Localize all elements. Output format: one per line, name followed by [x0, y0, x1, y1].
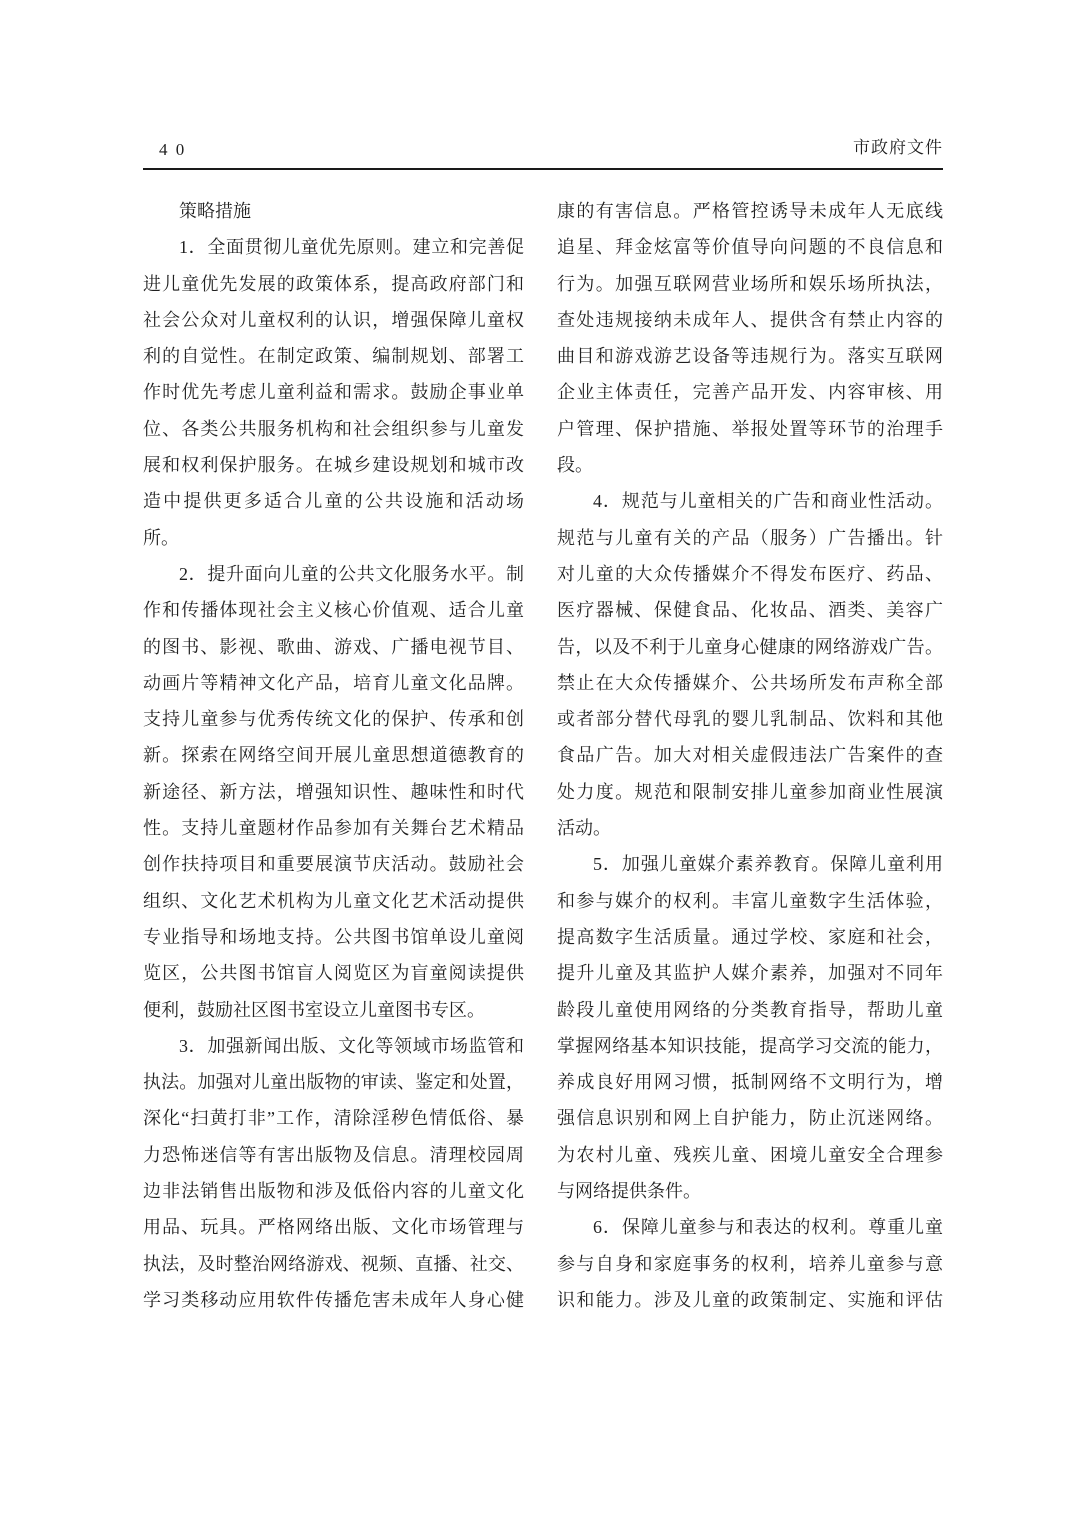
text-line: 规范与儿童有关的产品（服务）广告播出。针	[557, 520, 943, 556]
text-line: 强信息识别和网上自护能力，防止沉迷网络。	[557, 1100, 943, 1136]
text-line: 执法，及时整治网络游戏、视频、直播、社交、	[143, 1246, 524, 1282]
left-column: 策略措施1．全面贯彻儿童优先原则。建立和完善促进儿童优先发展的政策体系，提高政府…	[143, 193, 524, 1318]
text-line: 展和权利保护服务。在城乡建设规划和城市改	[143, 447, 524, 483]
text-line: 企业主体责任，完善产品开发、内容审核、用	[557, 374, 943, 410]
text-line: 食品广告。加大对相关虚假违法广告案件的查	[557, 737, 943, 773]
text-line: 掌握网络基本知识技能，提高学习交流的能力，	[557, 1028, 943, 1064]
text-line: 2．提升面向儿童的公共文化服务水平。制	[143, 556, 524, 592]
text-line: 养成良好用网习惯，抵制网络不文明行为，增	[557, 1064, 943, 1100]
text-line: 所。	[143, 520, 524, 556]
text-line: 的图书、影视、歌曲、游戏、广播电视节目、	[143, 629, 524, 665]
text-line: 社会公众对儿童权利的认识，增强保障儿童权	[143, 302, 524, 338]
text-line: 边非法销售出版物和涉及低俗内容的儿童文化	[143, 1173, 524, 1209]
text-line: 提高数字生活质量。通过学校、家庭和社会，	[557, 919, 943, 955]
text-line: 5．加强儿童媒介素养教育。保障儿童利用	[557, 846, 943, 882]
header-rule	[143, 168, 943, 170]
text-line: 禁止在大众传播媒介、公共场所发布声称全部	[557, 665, 943, 701]
text-line: 处力度。规范和限制安排儿童参加商业性展演	[557, 774, 943, 810]
text-line: 专业指导和场地支持。公共图书馆单设儿童阅	[143, 919, 524, 955]
text-line: 创作扶持项目和重要展演节庆活动。鼓励社会	[143, 846, 524, 882]
text-line: 曲目和游戏游艺设备等违规行为。落实互联网	[557, 338, 943, 374]
text-line: 或者部分替代母乳的婴儿乳制品、饮料和其他	[557, 701, 943, 737]
text-line: 学习类移动应用软件传播危害未成年人身心健	[143, 1282, 524, 1318]
text-line: 活动。	[557, 810, 943, 846]
text-line: 策略措施	[143, 193, 524, 229]
text-line: 段。	[557, 447, 943, 483]
text-line: 查处违规接纳未成年人、提供含有禁止内容的	[557, 302, 943, 338]
document-page: 4 0 市政府文件 策略措施1．全面贯彻儿童优先原则。建立和完善促进儿童优先发展…	[0, 0, 1074, 1520]
text-line: 利的自觉性。在制定政策、编制规划、部署工	[143, 338, 524, 374]
text-line: 行为。加强互联网营业场所和娱乐场所执法，	[557, 266, 943, 302]
text-line: 力恐怖迷信等有害出版物及信息。清理校园周	[143, 1137, 524, 1173]
text-line: 与网络提供条件。	[557, 1173, 943, 1209]
text-line: 和参与媒介的权利。丰富儿童数字生活体验，	[557, 883, 943, 919]
text-line: 对儿童的大众传播媒介不得发布医疗、药品、	[557, 556, 943, 592]
text-line: 支持儿童参与优秀传统文化的保护、传承和创	[143, 701, 524, 737]
text-line: 为农村儿童、残疾儿童、困境儿童安全合理参	[557, 1137, 943, 1173]
text-line: 组织、文化艺术机构为儿童文化艺术活动提供	[143, 883, 524, 919]
text-line: 识和能力。涉及儿童的政策制定、实施和评估	[557, 1282, 943, 1318]
text-line: 1．全面贯彻儿童优先原则。建立和完善促	[143, 229, 524, 265]
text-line: 医疗器械、保健食品、化妆品、酒类、美容广	[557, 592, 943, 628]
text-line: 户管理、保护措施、举报处置等环节的治理手	[557, 411, 943, 447]
text-line: 作和传播体现社会主义核心价值观、适合儿童	[143, 592, 524, 628]
text-line: 龄段儿童使用网络的分类教育指导，帮助儿童	[557, 992, 943, 1028]
right-column: 康的有害信息。严格管控诱导未成年人无底线追星、拜金炫富等价值导向问题的不良信息和…	[557, 193, 943, 1318]
text-line: 新。探索在网络空间开展儿童思想道德教育的	[143, 737, 524, 773]
text-line: 新途径、新方法，增强知识性、趣味性和时代	[143, 774, 524, 810]
text-line: 造中提供更多适合儿童的公共设施和活动场	[143, 483, 524, 519]
text-line: 性。支持儿童题材作品参加有关舞台艺术精品	[143, 810, 524, 846]
text-line: 执法。加强对儿童出版物的审读、鉴定和处置，	[143, 1064, 524, 1100]
text-line: 深化“扫黄打非”工作，清除淫秽色情低俗、暴	[143, 1100, 524, 1136]
text-line: 参与自身和家庭事务的权利，培养儿童参与意	[557, 1246, 943, 1282]
text-line: 康的有害信息。严格管控诱导未成年人无底线	[557, 193, 943, 229]
text-line: 6．保障儿童参与和表达的权利。尊重儿童	[557, 1209, 943, 1245]
text-line: 4．规范与儿童相关的广告和商业性活动。	[557, 483, 943, 519]
text-line: 追星、拜金炫富等价值导向问题的不良信息和	[557, 229, 943, 265]
header-doc-type: 市政府文件	[143, 133, 943, 158]
text-line: 进儿童优先发展的政策体系，提高政府部门和	[143, 266, 524, 302]
text-line: 动画片等精神文化产品，培育儿童文化品牌。	[143, 665, 524, 701]
text-line: 提升儿童及其监护人媒介素养，加强对不同年	[557, 955, 943, 991]
text-line: 告，以及不利于儿童身心健康的网络游戏广告。	[557, 629, 943, 665]
text-line: 便利，鼓励社区图书室设立儿童图书专区。	[143, 992, 524, 1028]
text-line: 位、各类公共服务机构和社会组织参与儿童发	[143, 411, 524, 447]
text-line: 用品、玩具。严格网络出版、文化市场管理与	[143, 1209, 524, 1245]
text-line: 3．加强新闻出版、文化等领域市场监管和	[143, 1028, 524, 1064]
text-line: 作时优先考虑儿童利益和需求。鼓励企事业单	[143, 374, 524, 410]
text-line: 览区，公共图书馆盲人阅览区为盲童阅读提供	[143, 955, 524, 991]
